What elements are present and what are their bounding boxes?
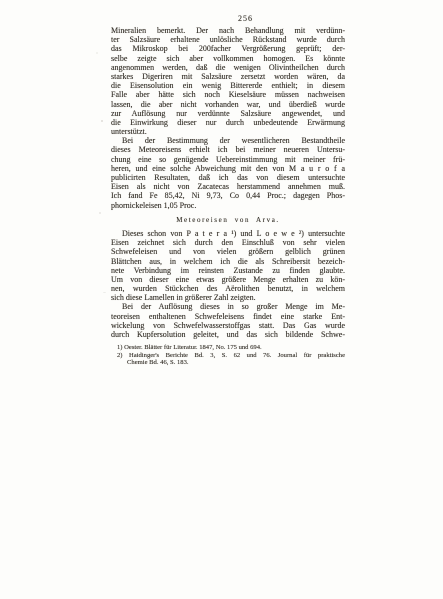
body-paragraphs-top: Mineralien bemerkt. Der nach Behandlung … [111,26,345,210]
text-line: angenommen werden, daß die wenigen Olivi… [111,63,345,72]
text-line: die Eisensolution ein wenig Bittererde e… [111,81,345,90]
text-block: Mineralien bemerkt. Der nach Behandlung … [111,26,345,367]
text-line: nen, wurden Stückchen des Aërolithen ben… [111,284,345,293]
text-line: Blättchen aus, in welchem ich die als Sc… [111,257,345,266]
text-line: zur Auflösung nur verdünnte Salzsäure an… [111,109,345,118]
text-line: publicirten Resultaten, daß ich das von … [111,173,345,182]
paragraph: Bei der Auflösung dieses in so großer Me… [111,302,345,339]
text-line: selbe zeigte sich aber vollkommen homoge… [111,54,345,63]
scan-speckle [99,212,101,214]
body-paragraphs-section: Dieses schon von P a t e r a ¹) und L o … [111,229,345,339]
text-line: Mineralien bemerkt. Der nach Behandlung … [111,26,345,35]
section-heading: Meteoreisen von Arva. [111,216,345,225]
text-line: das Mikroskop bei 200facher Vergrößerung… [111,44,345,53]
text-line: teoreisen enthaltenen Schwefeleisens fin… [111,312,345,321]
text-line: starkes Digeriren mit Salzsäure zersetzt… [111,72,345,81]
text-line: Bei der Bestimmung der wesentlicheren Be… [111,136,345,145]
text-line: Bei der Auflösung dieses in so großer Me… [111,302,345,311]
paragraph: Mineralien bemerkt. Der nach Behandlung … [111,26,345,136]
book-page: 256 Mineralien bemerkt. Der nach Behandl… [0,0,443,599]
text-line: unterstützt. [111,127,345,136]
text-line: Schwefeleisen und von vielen größern gel… [111,247,345,256]
paragraph: Bei der Bestimmung der wesentlicheren Be… [111,136,345,210]
text-line: Um von dieser eine etwas größere Menge e… [111,275,345,284]
text-line: Chemie Bd. 46, S. 183. [117,359,345,367]
text-line: Eisen zeichnet sich durch den Einschluß … [111,238,345,247]
text-line: 2) Haidinger's Berichte Bd. 3, S. 62 und… [117,352,345,360]
text-line: chung eine so genügende Uebereinstimmung… [111,155,345,164]
text-line: sich diese Lamellen in größerer Zahl zei… [111,293,345,302]
paragraph: 2) Haidinger's Berichte Bd. 3, S. 62 und… [117,352,345,367]
text-line: Ich fand Fe 85,42, Ni 9,73, Co 0,44 Proc… [111,191,345,200]
scan-speckle [103,292,106,293]
text-line: Dieses schon von P a t e r a ¹) und L o … [111,229,345,238]
text-line: Falle aber hätte sich noch Kieselsäure m… [111,90,345,99]
scan-speckle [101,120,103,122]
text-line: lassen, die aber nicht vorhanden war, un… [111,100,345,109]
text-line: nete Verbindung im reinsten Zustande zu … [111,266,345,275]
paragraph: Dieses schon von P a t e r a ¹) und L o … [111,229,345,303]
text-line: phornickeleisen 1,05 Proc. [111,201,345,210]
footnotes: 1) Oester. Blätter für Literatur. 1847, … [111,344,345,367]
text-line: Eisen als nicht von Zacatecas herstammen… [111,182,345,191]
text-line: wickelung von Schwefelwasserstoffgas sta… [111,321,345,330]
text-line: ter Salzsäure erhaltene unlösliche Rücks… [111,35,345,44]
text-line: heren, und eine solche Abweichung mit de… [111,164,345,173]
page-number: 256 [238,14,253,23]
scan-speckle [96,52,98,54]
text-line: durch Kupfersolution geleitet, und das s… [111,330,345,339]
text-line: dieses Meteoreisens erhielt ich bei mein… [111,145,345,154]
text-line: 1) Oester. Blätter für Literatur. 1847, … [117,344,345,352]
paragraph: 1) Oester. Blätter für Literatur. 1847, … [117,344,345,352]
text-line: die Einwirkung dieser nur durch unbedeut… [111,118,345,127]
